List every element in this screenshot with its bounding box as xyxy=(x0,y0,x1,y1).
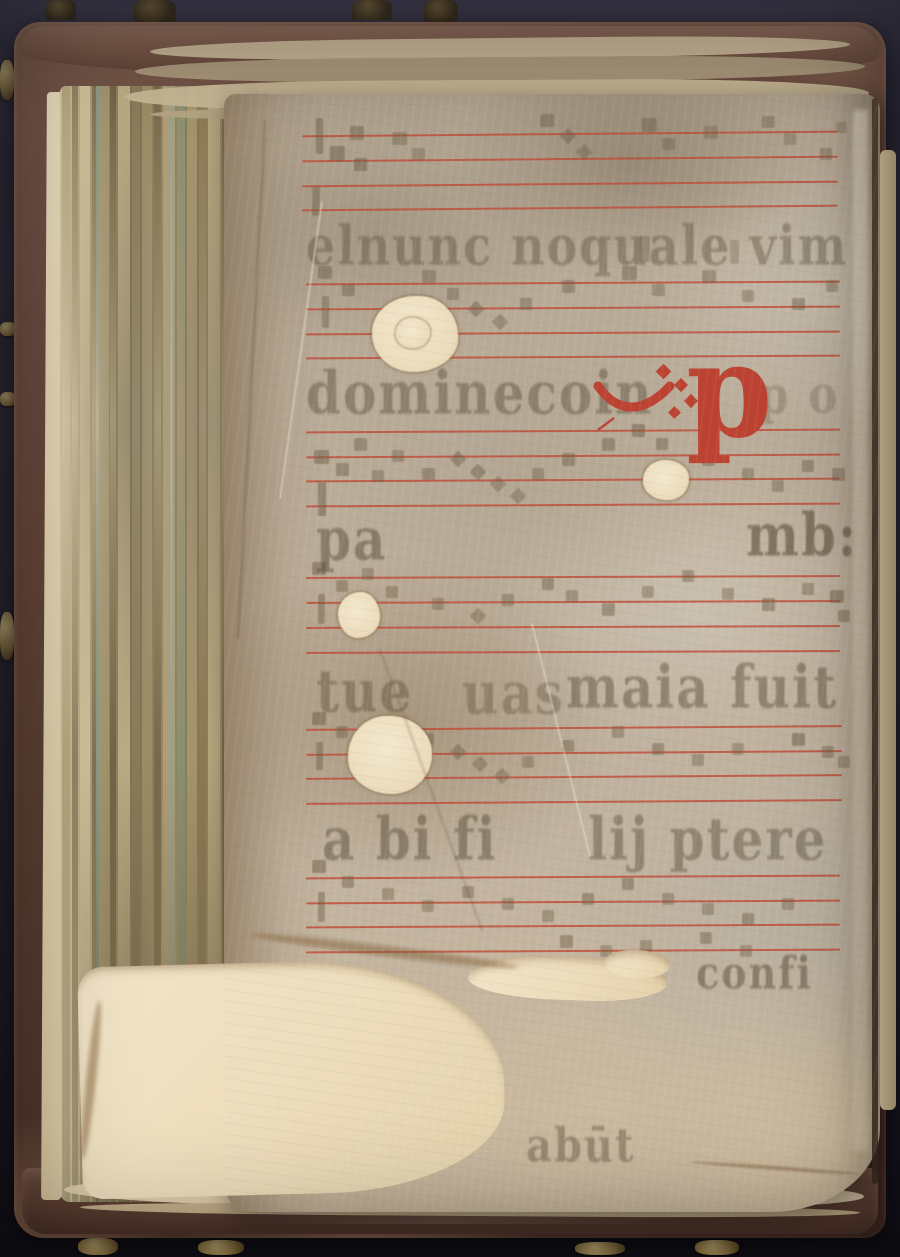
neume-mark xyxy=(540,114,554,127)
gothic-text-fragment: mb: xyxy=(746,500,858,570)
neume-mark xyxy=(354,158,367,171)
leaf-edge-strip xyxy=(72,86,78,1202)
neume-mark xyxy=(656,438,668,450)
leaf-edge-strip xyxy=(62,86,70,1202)
neume-mark xyxy=(642,586,654,598)
neume-mark xyxy=(520,298,532,310)
neume-mark xyxy=(542,910,554,922)
white-stain xyxy=(643,460,689,500)
neume-mark xyxy=(836,122,847,133)
neume-mark xyxy=(447,288,459,300)
neume-mark xyxy=(662,893,674,905)
neume-mark xyxy=(830,590,844,603)
neume-mark xyxy=(318,594,325,624)
neume-mark xyxy=(782,898,794,910)
neume-mark xyxy=(386,586,398,598)
neume-mark xyxy=(318,892,325,922)
neume-mark xyxy=(336,580,348,592)
neume-mark xyxy=(832,468,845,481)
neume-mark xyxy=(602,603,615,616)
brass-boss-silhouette xyxy=(46,0,76,20)
neume-mark xyxy=(560,935,573,948)
neume-mark xyxy=(722,588,734,600)
neume-mark xyxy=(342,284,355,296)
neume-mark xyxy=(762,598,775,611)
neume-mark xyxy=(700,932,712,944)
clasp-fitting xyxy=(0,60,14,100)
neume-mark xyxy=(342,876,354,888)
gothic-text-fragment: maia fuit xyxy=(566,652,838,722)
gothic-text-fragment: elnunc noquale vim xyxy=(306,214,848,278)
neume-mark xyxy=(662,138,675,150)
brass-foot xyxy=(575,1242,625,1255)
gothic-text-fragment: tue xyxy=(316,656,413,726)
neume-mark xyxy=(820,148,832,160)
neume-mark xyxy=(350,126,364,140)
neume-mark xyxy=(562,280,575,293)
clasp-fitting xyxy=(0,612,14,660)
brass-boss-silhouette xyxy=(352,0,392,20)
gothic-text-fragment: lij ptere xyxy=(588,804,828,874)
neume-mark xyxy=(532,468,544,480)
neume-mark xyxy=(502,898,514,910)
neume-mark xyxy=(422,468,435,480)
neume-mark xyxy=(330,146,345,161)
neume-mark xyxy=(802,583,814,595)
brass-boss-silhouette xyxy=(424,0,458,22)
neume-mark xyxy=(702,903,714,915)
neume-mark xyxy=(652,743,664,755)
neume-mark xyxy=(522,756,534,768)
gothic-text-fragment: a bi fi xyxy=(322,804,498,874)
neume-mark xyxy=(566,590,578,602)
neume-mark xyxy=(784,133,796,145)
page-curl-highlight xyxy=(853,110,868,1150)
gutter-seam xyxy=(872,98,878,1184)
brass-foot xyxy=(78,1238,118,1255)
neume-mark xyxy=(422,900,434,912)
neume-mark xyxy=(762,116,775,128)
neume-mark xyxy=(732,743,744,755)
neume-mark xyxy=(336,463,349,476)
neume-mark xyxy=(838,756,850,768)
neume-mark xyxy=(354,438,367,451)
neume-mark xyxy=(602,438,615,451)
neume-mark xyxy=(432,598,444,610)
brass-foot xyxy=(695,1240,739,1255)
neume-mark xyxy=(322,296,329,328)
neume-mark xyxy=(802,460,814,472)
gothic-text-fragment: abūt xyxy=(526,1118,635,1173)
brass-foot xyxy=(198,1240,244,1255)
neume-mark xyxy=(392,450,404,462)
neume-mark xyxy=(704,126,718,139)
manuscript-photo-scene: elnunc noquale vimdominecoinp opamb:tueu… xyxy=(0,0,900,1257)
neume-mark xyxy=(642,118,657,132)
neume-mark xyxy=(622,878,634,890)
neume-mark xyxy=(742,913,754,925)
neume-mark xyxy=(582,893,594,905)
neume-mark xyxy=(742,290,754,302)
neume-mark xyxy=(542,578,554,590)
red-initial-letter: p xyxy=(686,327,773,457)
neume-mark xyxy=(652,284,665,296)
neume-mark xyxy=(838,610,850,622)
neume-mark xyxy=(792,298,805,310)
neume-mark xyxy=(822,746,834,758)
neume-mark xyxy=(612,726,624,738)
right-leaf-edge xyxy=(880,150,896,1110)
brass-boss-silhouette xyxy=(134,0,176,22)
neume-mark xyxy=(692,754,704,766)
white-stain xyxy=(338,592,380,638)
neume-mark xyxy=(314,450,329,464)
neume-mark xyxy=(502,594,514,606)
neume-mark xyxy=(336,726,348,738)
neume-mark xyxy=(372,470,384,482)
neume-mark xyxy=(316,742,323,770)
neume-mark xyxy=(412,148,425,160)
white-stain xyxy=(396,318,430,348)
neume-mark xyxy=(316,118,323,154)
neume-mark xyxy=(792,733,805,746)
neume-mark xyxy=(562,453,575,466)
gothic-text-fragment: pa xyxy=(316,504,387,574)
neume-mark xyxy=(392,132,407,145)
neume-mark xyxy=(682,570,694,582)
neume-mark xyxy=(826,280,838,292)
neume-mark xyxy=(742,468,754,480)
neume-mark xyxy=(772,480,784,492)
neume-mark xyxy=(382,888,394,900)
gothic-text-fragment: confi xyxy=(696,946,813,999)
